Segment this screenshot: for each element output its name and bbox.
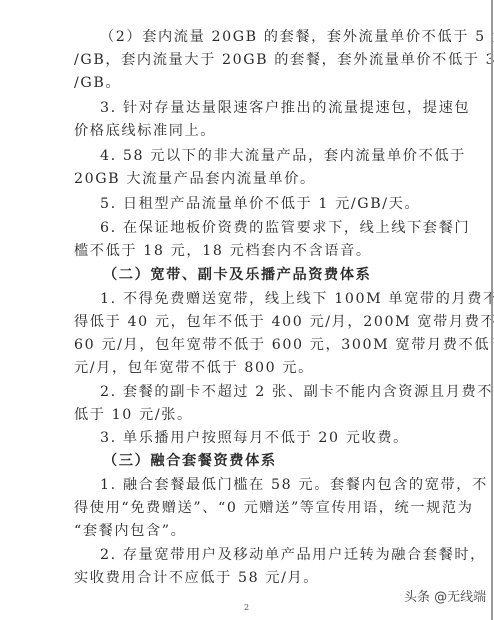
- paragraph-line: 20GB 大流量产品套内流量单价。: [74, 169, 316, 189]
- section-heading: （二）宽带、副卡及乐播产品资费体系: [103, 265, 371, 285]
- paragraph-line: 槛不低于 18 元，18 元档套内不含语音。: [74, 241, 372, 261]
- paragraph-line: 2. 套餐的副卡不超过 2 张、副卡不能内含资源且月费不: [100, 382, 493, 402]
- page-number: 2: [244, 603, 249, 612]
- paragraph-line: 5. 日租型产品流量单价不低于 1 元/GB/天。: [100, 194, 420, 214]
- paragraph-line: 3. 针对存量达量限速客户推出的流量提速包，提速包: [100, 98, 470, 118]
- paragraph-line: （2）套内流量 20GB 的套餐，套外流量单价不低于 5 元: [100, 27, 494, 47]
- paragraph-line: 1. 不得免费赠送宽带，线上线下 100M 单宽带的月费不: [100, 289, 494, 309]
- paragraph-line: 4. 58 元以下的非大流量产品，套内流量单价不低于: [100, 146, 466, 166]
- paragraph-line: 元/月，包年宽带不低于 800 元。: [74, 358, 314, 378]
- paragraph-line: 低于 10 元/张。: [74, 405, 193, 425]
- paragraph-line: 6. 在保证地板价资费的监管要求下，线上线下套餐门: [100, 218, 470, 238]
- paragraph-line: 得使用“免费赠送”、“0 元赠送”等宣传用语，统一规范为: [74, 498, 473, 518]
- paragraph-line: “套餐内包含”。: [74, 521, 186, 541]
- paragraph-line: 得低于 40 元，包年不低于 400 元/月，200M 宽带月费不低于: [74, 312, 494, 332]
- page-edge-divider: [491, 0, 493, 620]
- paragraph-line: 实收费用合计不应低于 58 元/月。: [74, 568, 319, 588]
- paragraph-line: 价格底线标准同上。: [74, 121, 216, 141]
- paragraph-line: 2. 存量宽带用户及移动单产品用户迁转为融合套餐时，: [100, 545, 486, 565]
- watermark: 头条 @无线端: [404, 586, 486, 605]
- paragraph-line: /GB，套内流量大于 20GB 的套餐，套外流量单价不低于 3 元: [74, 50, 494, 70]
- paragraph-line: 1. 融合套餐最低门槛在 58 元。套餐内包含的宽带，不: [100, 475, 488, 495]
- paragraph-line: /GB。: [74, 73, 121, 93]
- section-heading: （三）融合套餐资费体系: [103, 451, 277, 471]
- paragraph-line: 60 元/月，包年宽带不低于 600 元，300M 宽带月费不低于 80: [74, 335, 494, 355]
- paragraph-line: 3. 单乐播用户按照每月不低于 20 元收费。: [100, 428, 409, 448]
- document-page: （2）套内流量 20GB 的套餐，套外流量单价不低于 5 元/GB，套内流量大于…: [0, 0, 491, 620]
